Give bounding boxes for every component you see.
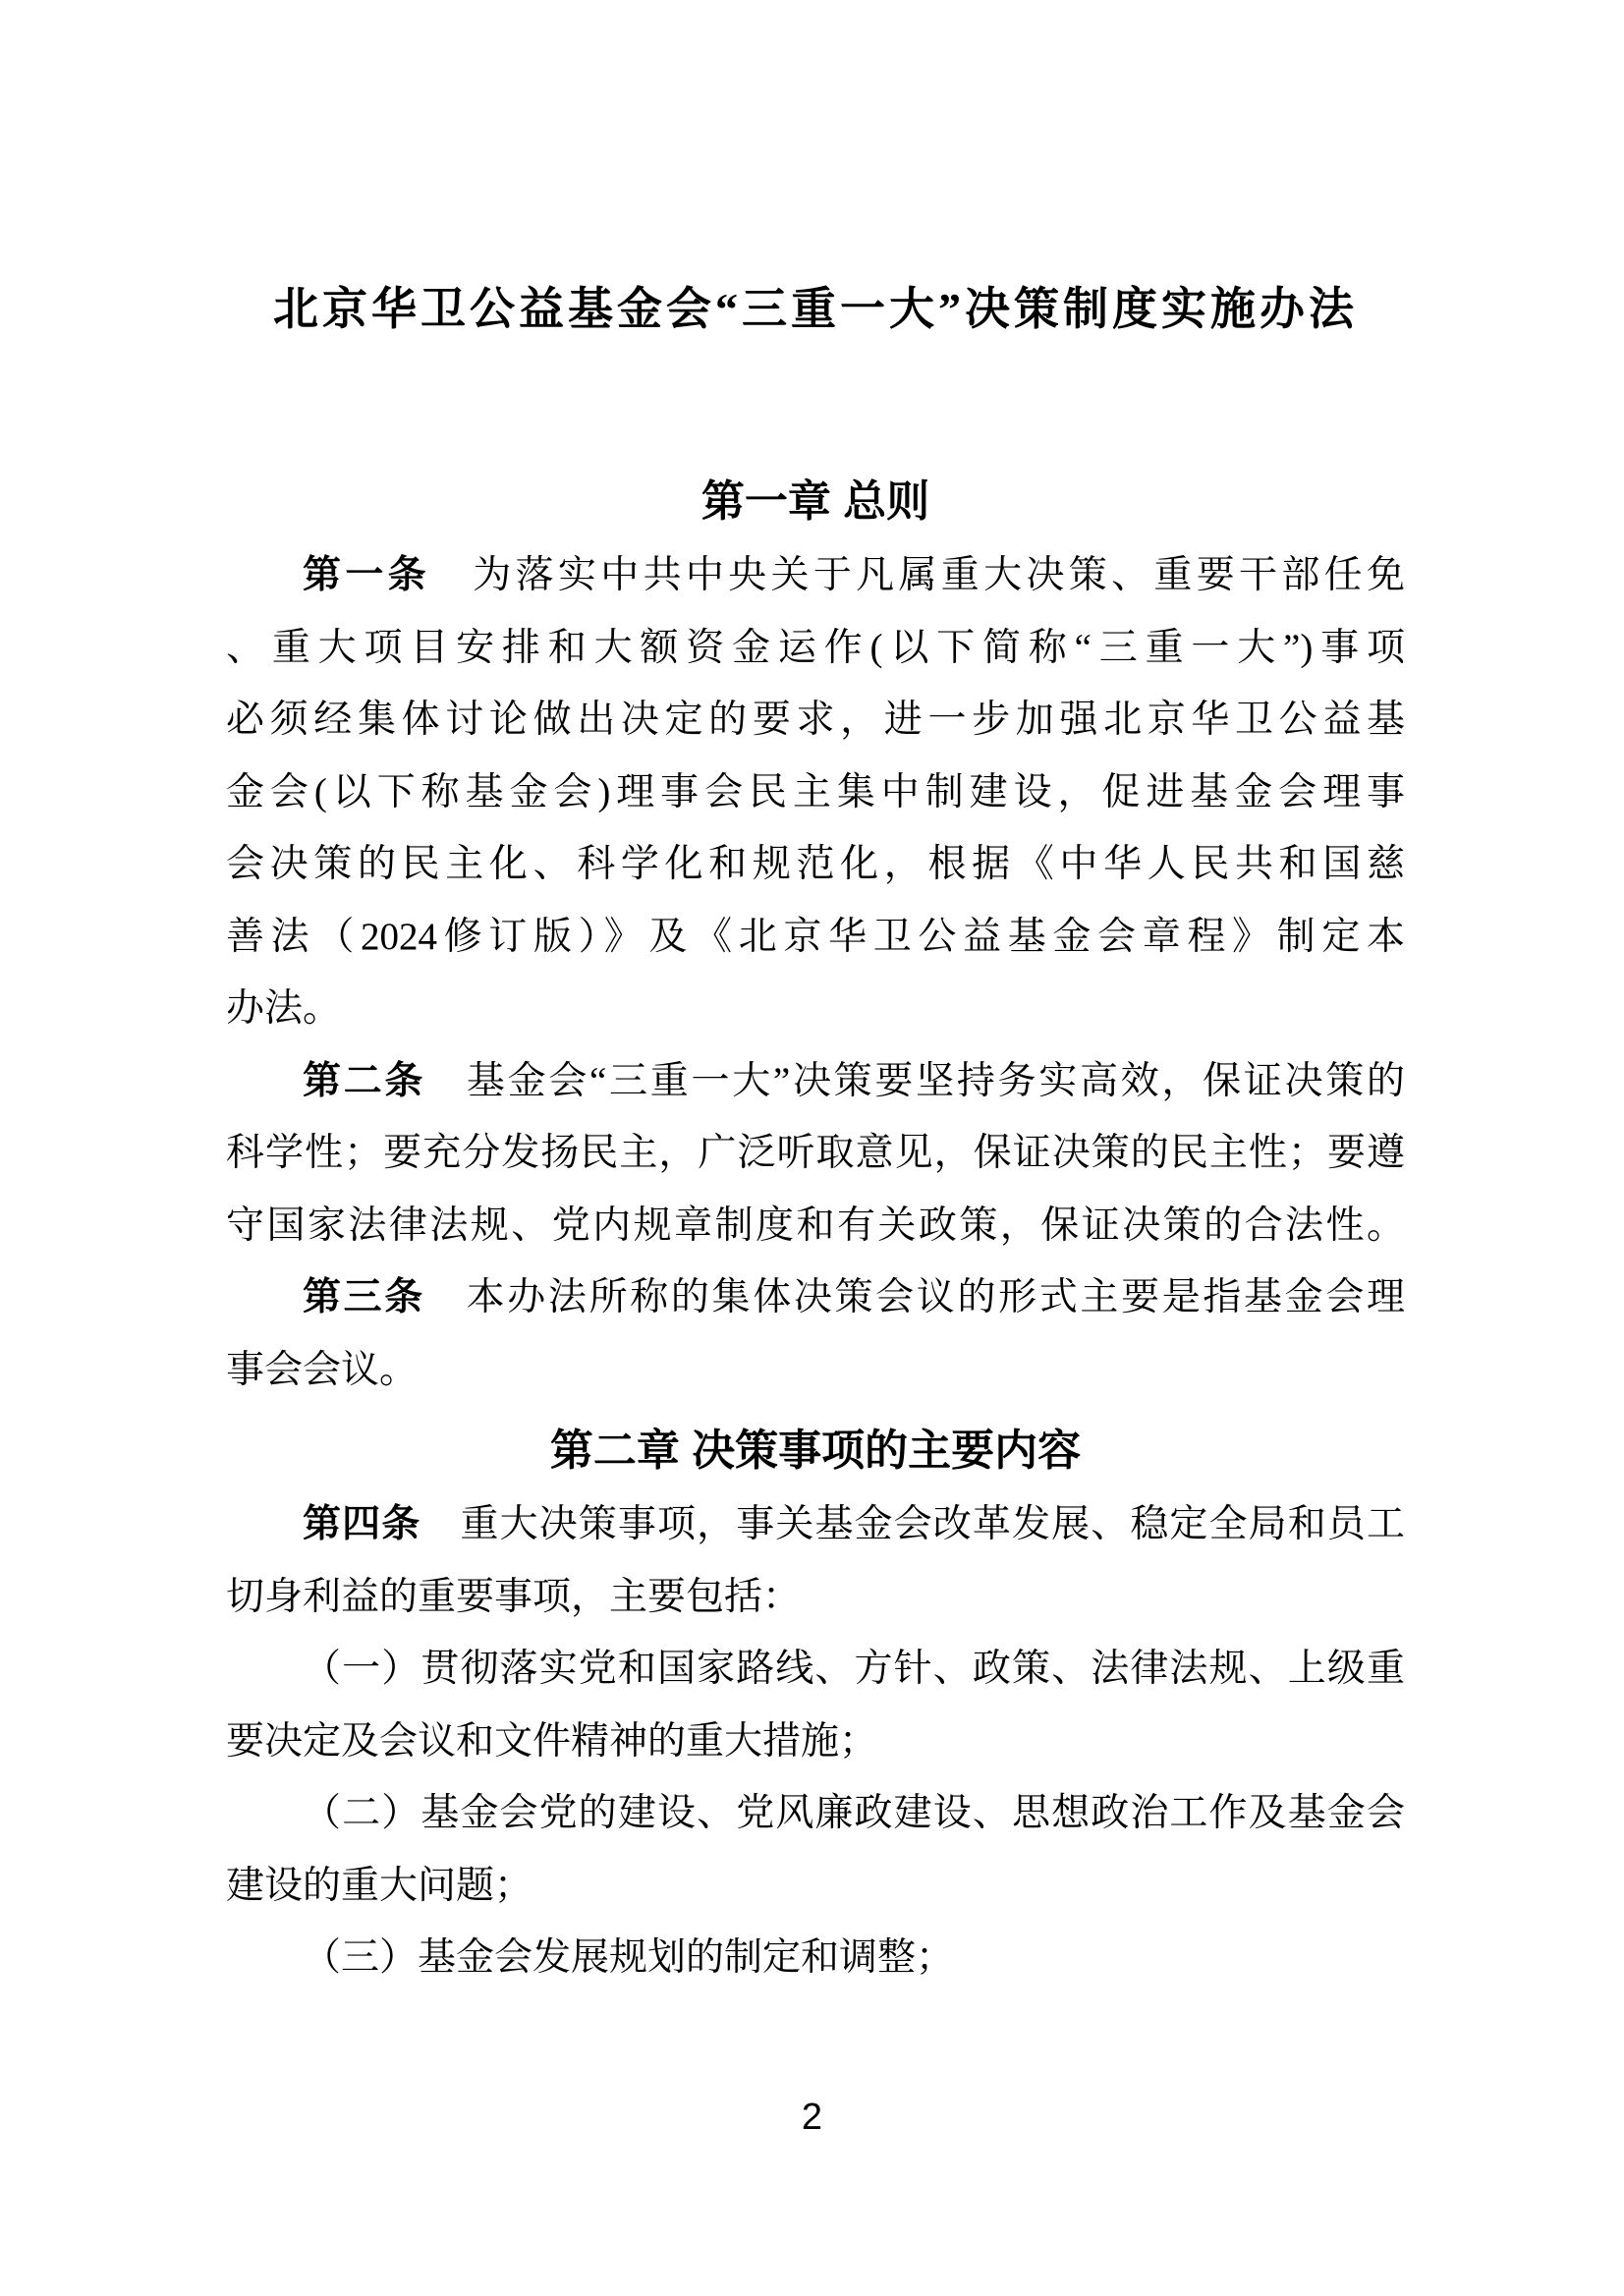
text-line: 善法（2024修订版）》及《北京华卫公益基金会章程》制定本: [226, 901, 1405, 974]
article-number: 第二条: [303, 1060, 425, 1102]
text-line: （三）基金会发展规划的制定和调整；: [226, 1922, 1405, 1994]
article-number: 第三条: [303, 1276, 425, 1318]
text-line: 第二条 基金会“三重一大”决策要坚持务实高效，保证决策的: [226, 1045, 1405, 1118]
text-line: 建设的重大问题；: [226, 1850, 1405, 1923]
document-body: 北京华卫公益基金会“三重一大”决策制度实施办法第一章 总则第一条 为落实中共中央…: [226, 265, 1405, 1994]
chapter-heading: 第二章 决策事项的主要内容: [226, 1414, 1405, 1488]
page-number: 2: [0, 2097, 1624, 2139]
text-line: 科学性；要充分发扬民主，广泛听取意见，保证决策的民主性；要遵: [226, 1117, 1405, 1190]
text-line: 切身利益的重要事项，主要包括：: [226, 1561, 1405, 1634]
text-line: 办法。: [226, 973, 1405, 1045]
document-title: 北京华卫公益基金会“三重一大”决策制度实施办法: [226, 265, 1405, 354]
chapter-heading: 第一章 总则: [226, 465, 1405, 539]
text-line: 会决策的民主化、科学化和规范化，根据《中华人民共和国慈: [226, 828, 1405, 901]
text-line: （二）基金会党的建设、党风廉政建设、思想政治工作及基金会: [226, 1777, 1405, 1850]
text-line: 第一条 为落实中共中央关于凡属重大决策、重要干部任免: [226, 539, 1405, 612]
text-line: 必须经集体讨论做出决定的要求，进一步加强北京华卫公益基: [226, 684, 1405, 756]
article-number: 第四条: [303, 1503, 420, 1545]
text-line: 守国家法律法规、党内规章制度和有关政策，保证决策的合法性。: [226, 1190, 1405, 1262]
text-line: （一）贯彻落实党和国家路线、方针、政策、法律法规、上级重: [226, 1633, 1405, 1706]
text-line: 、重大项目安排和大额资金运作(以下简称“三重一大”)事项: [226, 612, 1405, 685]
text-line: 第三条 本办法所称的集体决策会议的形式主要是指基金会理: [226, 1261, 1405, 1334]
document-page: 北京华卫公益基金会“三重一大”决策制度实施办法第一章 总则第一条 为落实中共中央…: [0, 0, 1624, 2296]
text-line: 第四条 重大决策事项，事关基金会改革发展、稳定全局和员工: [226, 1488, 1405, 1561]
text-line: 事会会议。: [226, 1334, 1405, 1407]
text-line: 要决定及会议和文件精神的重大措施；: [226, 1706, 1405, 1778]
text-line: 金会(以下称基金会)理事会民主集中制建设，促进基金会理事: [226, 756, 1405, 829]
article-number: 第一条: [303, 554, 430, 596]
